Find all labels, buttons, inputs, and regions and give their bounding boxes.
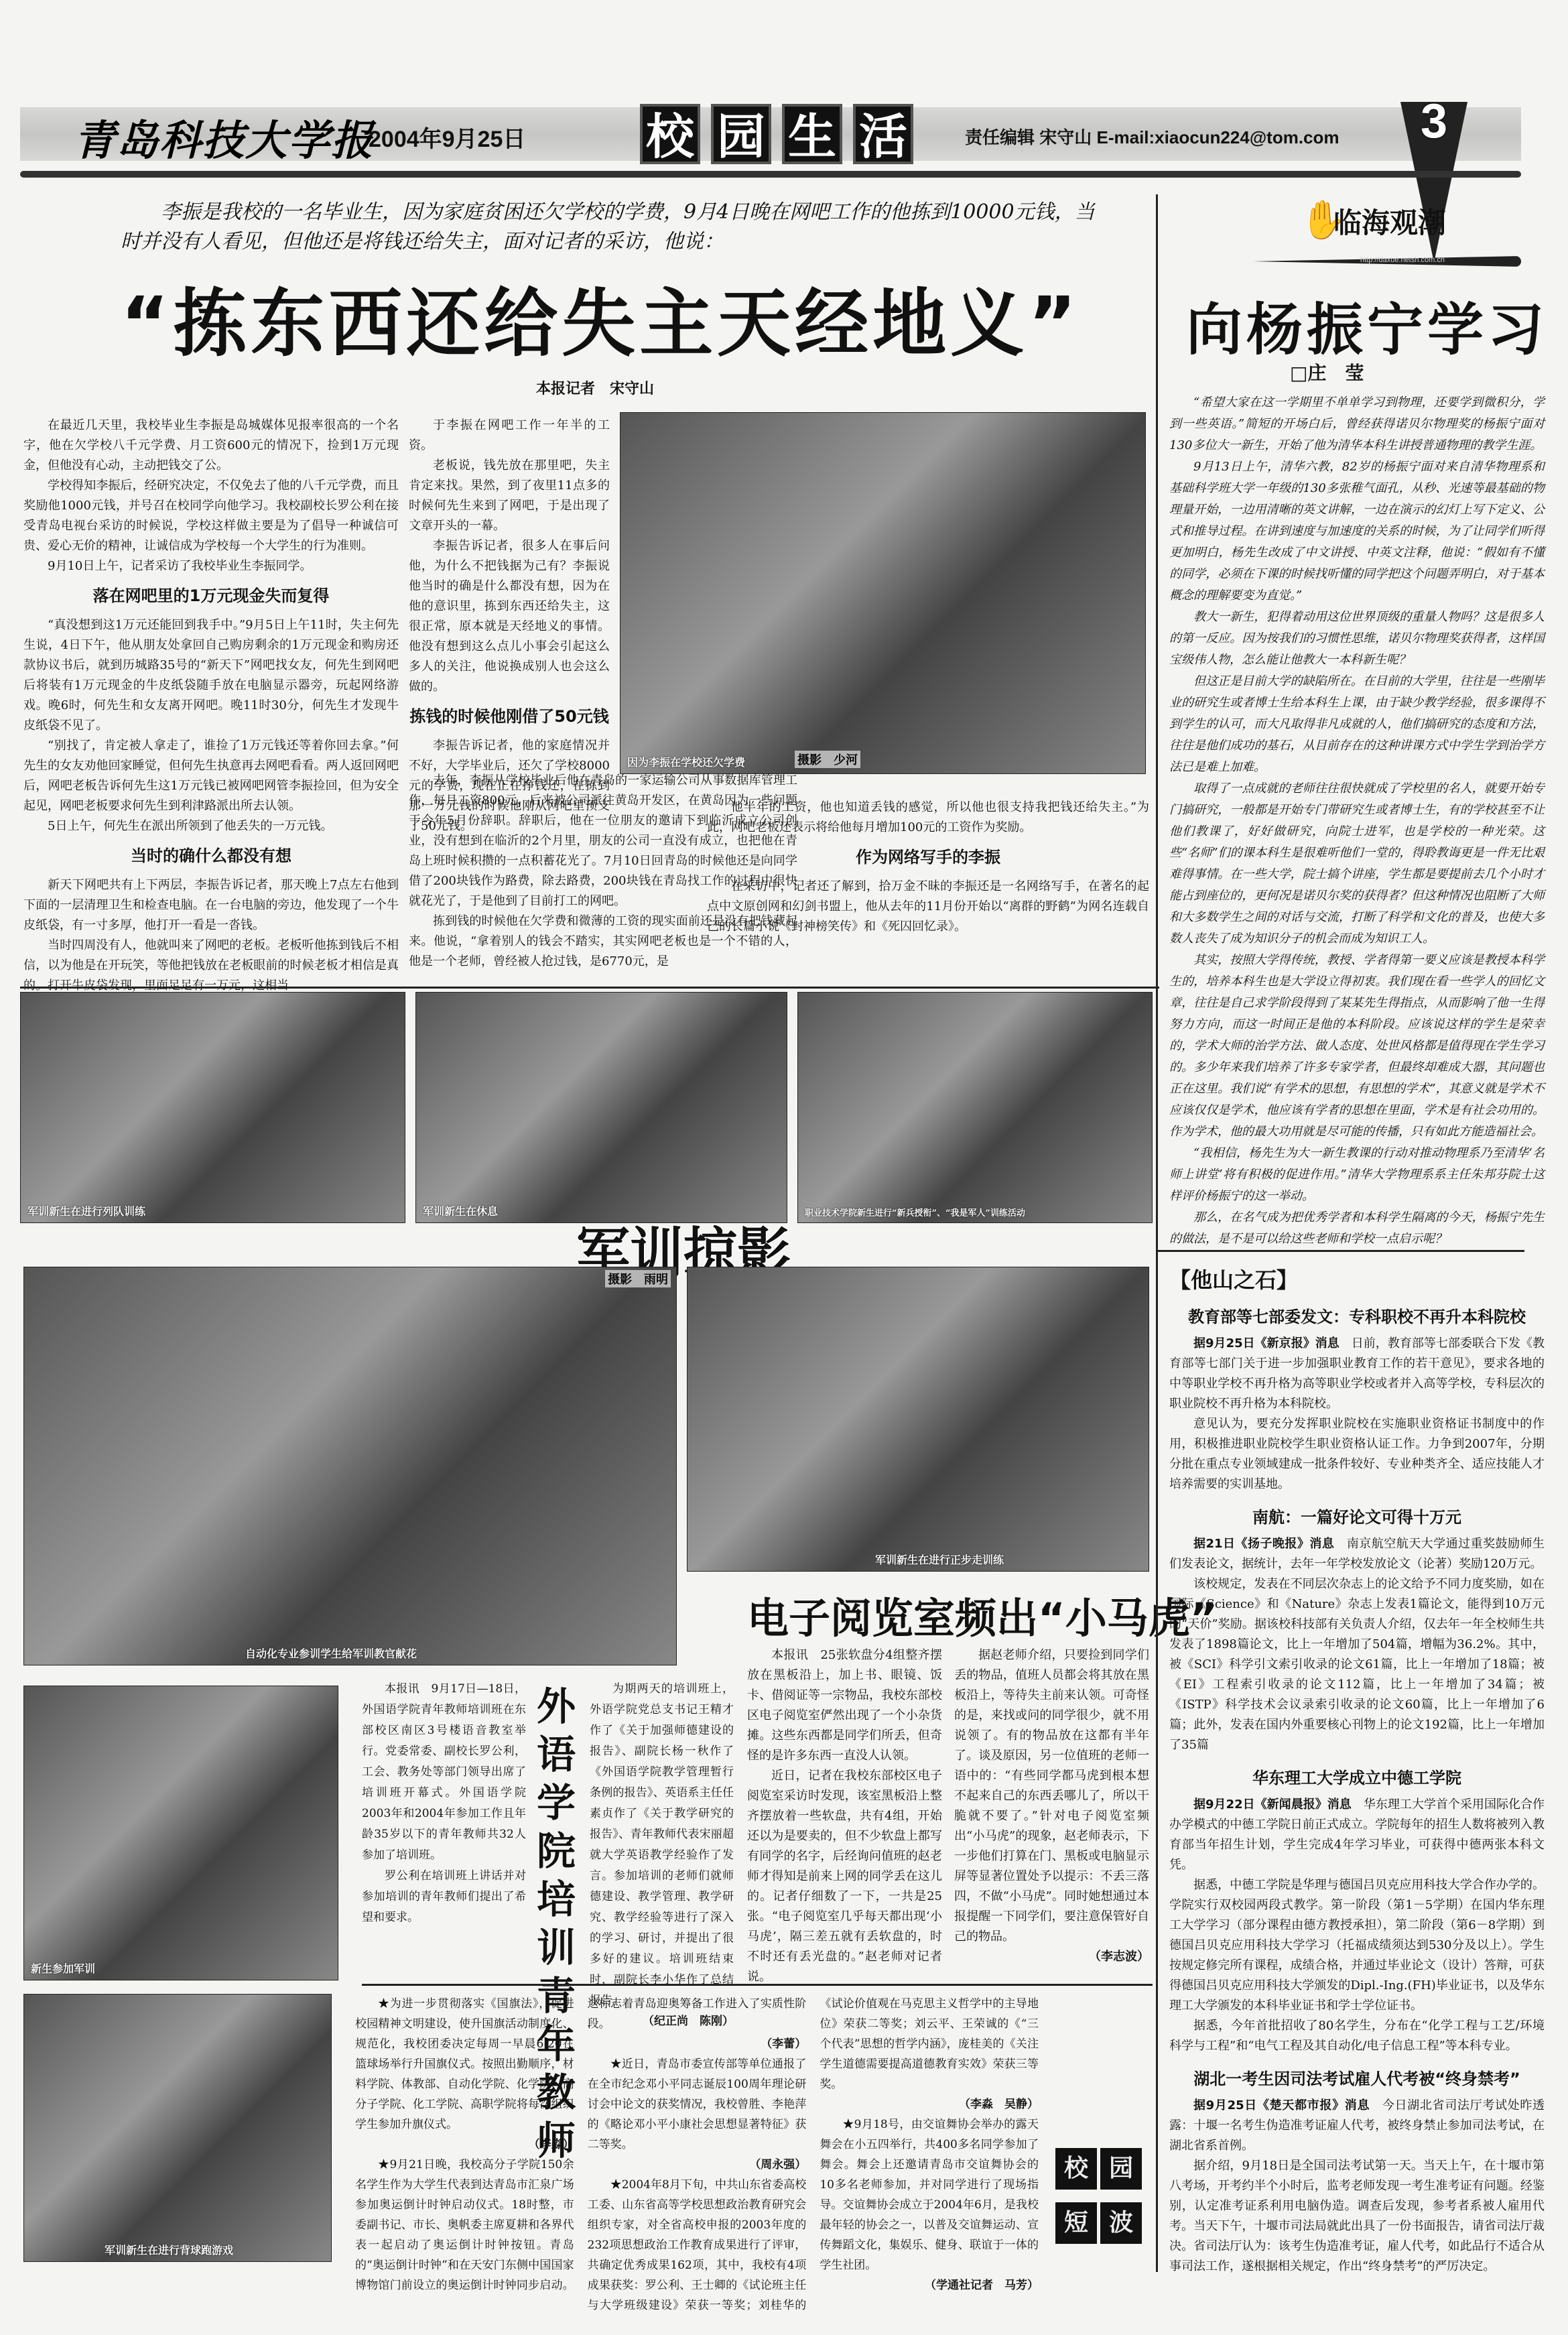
photo-caption: 军训新生在进行列队训练: [27, 1203, 145, 1218]
photo-credit: 摄影 雨明: [605, 1270, 671, 1287]
editor-info: 责任编辑 宋守山 E-mail:xiaocun224@tom.com: [965, 124, 1340, 149]
paragraph: 取得了一点成就的老师往往很快就成了学校里的名人，就要开始专门搞研究，一般都是开始…: [1169, 778, 1545, 950]
badge-char: 短: [1055, 2202, 1097, 2244]
paragraph: 在最近几天里，我校毕业生李振是岛城媒体见报率很高的一个名字，他在欠学校八千元学费…: [23, 416, 399, 476]
paragraph: 新天下网吧共有上下两层，李振告诉记者，那天晚上7点左右他到下面的一层清理卫生和检…: [23, 875, 399, 936]
paragraph: 于李振在网吧工作一年半的工资。: [409, 416, 610, 456]
column-divider: [1156, 194, 1158, 2272]
title-char: 语: [536, 1730, 576, 1779]
signature: （李蕾）: [588, 2034, 807, 2054]
editor-label: 责任编辑: [965, 127, 1035, 147]
paragraph: 在采访中，记者还了解到，拾万金不昧的李振还是一名网络写手，在著名的起点中文原创网…: [707, 877, 1149, 937]
gallery-photo: 军训新生在进行列队训练: [20, 992, 405, 1223]
paragraph: 但这正是目前大学的缺陷所在。在目前的大学里，往往是一些刚毕业的研究生或者博士生给…: [1169, 671, 1545, 778]
divider: [20, 987, 1159, 989]
paragraph: 据悉，中德工学院是华理与德国吕贝克应用科技大学合作办学的。学院实行双校园两段式教…: [1169, 1875, 1545, 2016]
news-source: 据9月25日《新京报》消息: [1193, 1336, 1340, 1350]
title-char: 培: [536, 1875, 576, 1923]
section-char: 活: [853, 104, 913, 164]
paragraph: 李振告诉记者，很多人在事后问他，为什么不把钱据为己有？李振说他当时的确是什么都没…: [409, 536, 610, 697]
news-source: 据9月22日《新闻晨报》消息: [1193, 1797, 1352, 1812]
brief-item: ★为进一步贯彻落实《国旗法》，促进校园精神文明建设，使升国旗活动制度化、规范化，…: [355, 1994, 574, 2135]
photo-caption: 因为李振在学校还欠学费: [627, 754, 745, 769]
title-char: 外: [536, 1682, 576, 1730]
photo-caption: 军训新生在进行正步走训练: [875, 1552, 1004, 1567]
gallery-photo: 军训新生在进行背球跑游戏: [23, 1994, 332, 2262]
lead-intro: 李振是我校的一名毕业生，因为家庭贫困还欠学校的学费，9月4日晚在网吧工作的他拣到…: [121, 198, 1112, 257]
news-headline: 华东理工大学成立中德工学院: [1169, 1765, 1545, 1788]
lead-headline: “拣东西还给失主天经地义”: [121, 265, 1126, 371]
column-url: http://daxue.netsh.com.cn: [1360, 256, 1445, 264]
other-news: 【他山之石】 教育部等七部委发文：专科职校不再升本科院校 据9月25日《新京报》…: [1169, 1263, 1545, 2277]
badge-char: 波: [1100, 2202, 1142, 2244]
photo-caption: 职业技术学院新生进行“新兵授衔”、“我是军人”训练活动: [805, 1206, 1025, 1218]
paragraph: 5日上午，何先生在派出所领到了他丢失的一万元钱。: [23, 816, 399, 836]
news-headline: 南航：一篇好论文可得十万元: [1169, 1504, 1545, 1527]
elib-headline: 电子阅览室频出“小马虎”: [747, 1585, 1218, 1645]
paragraph: 学校得知李振后，经研究决定，不仅免去了他的八千元学费，而且奖励他1000元钱，并…: [23, 476, 399, 556]
paragraph: 该校规定，发表在不同层次杂志上的论文给予不同力度奖励，如在国际《Science》…: [1169, 1574, 1545, 1755]
brief-item: ★9月18号，由交谊舞协会举办的露天舞会在小五四举行，共400多名同学参加了舞会…: [820, 2115, 1039, 2275]
signature: （李志波）: [954, 1947, 1149, 1967]
signature: （学通社记者 马芳）: [820, 2275, 1039, 2295]
subheading: 当时的确什么都没有想: [23, 846, 399, 866]
box-title: 【他山之石】: [1169, 1263, 1545, 1294]
paragraph: 老板说，钱先放在那里吧，失主肯定来找。果然，到了夜里11点多的时候何先生来到了网…: [409, 456, 610, 536]
paragraph: 他半年的工资，他也知道丢钱的感觉，所以他也很支持我把钱还给失主。”为此，网吧老板…: [707, 798, 1149, 838]
issue-date: 2004年9月25日: [369, 121, 525, 153]
badge-char: 校: [1055, 2148, 1097, 2190]
paragraph: 9月13日上午，清华六教，82岁的杨振宁面对来自清华物理系和基础科学班大学一年级…: [1169, 456, 1545, 607]
section-char: 校: [640, 104, 700, 164]
subheading: 拣钱的时候他刚借了50元钱: [409, 706, 610, 727]
gallery-photo-large: 自动化专业参训学生给军训教官献花 摄影 雨明: [23, 1267, 677, 1665]
signature: （李淼）: [355, 2135, 574, 2155]
section-char: 园: [711, 104, 771, 164]
paragraph: “别找了，肯定被人拿走了，谁捡了1万元钱还等着你回去拿。”何先生的女友劝他回家睡…: [23, 736, 399, 816]
paragraph: 本报讯 25张软盘分4组整齐摆放在黑板沿上，加上书、眼镜、饭卡、借阅证等一宗物品…: [747, 1645, 942, 1766]
title-char: 院: [536, 1827, 576, 1875]
news-source: 据9月25日《楚天都市报》消息: [1193, 2098, 1370, 2112]
gallery-photo: 职业技术学院新生进行“新兵授衔”、“我是军人”训练活动: [797, 992, 1153, 1223]
editor-email: E-mail:xiaocun224@tom.com: [1097, 127, 1340, 147]
lead-byline: 本报记者 宋守山: [536, 377, 654, 398]
editor-name: 宋守山: [1039, 127, 1092, 147]
news-headline: 湖北一考生因司法考试雇人代考被“终身禁考”: [1169, 2066, 1545, 2089]
title-char: 学: [536, 1779, 576, 1827]
photo-credit: 摄影 少河: [795, 751, 860, 768]
campus-briefs: ★为进一步贯彻落实《国旗法》，促进校园精神文明建设，使升国旗活动制度化、规范化，…: [355, 1994, 1039, 2316]
lead-photo: 因为李振在学校还欠学费 摄影 少河: [620, 412, 1146, 774]
masthead-rule: [20, 171, 1521, 178]
lead-column-1: 在最近几天里，我校毕业生李振是岛城媒体见报率很高的一个名字，他在欠学校八千元学费…: [23, 416, 399, 996]
paragraph: 那么，在名气成为把优秀学者和本科学生隔离的今天，杨振宁先生的做法，是不是可以给这…: [1169, 1207, 1545, 1250]
paragraph: 为期两天的培训班上，外语学院党总支书记王精才作了《关于加强师德建设的报告》、副院…: [590, 1679, 734, 2011]
opinion-author: □庄 莹: [1290, 359, 1364, 385]
paragraph: “真没想到这1万元还能回到我手中。”9月5日上午11时，失主何先生说，4日下午，…: [23, 615, 399, 736]
briefs-badge: 校 园 短 波: [1055, 2148, 1149, 2244]
paragraph: 意见认为，要充分发挥职业院校在实施职业资格证书制度中的作用，积极推进职业院校学生…: [1169, 1414, 1545, 1495]
news-headline: 教育部等七部委发文：专科职校不再升本科院校: [1169, 1304, 1545, 1327]
paragraph: 据介绍，9月18日是全国司法考试第一天。当天上午，在十堰市第八考场，开考约半个小…: [1169, 2156, 1545, 2277]
subheading: 落在网吧里的1万元现金失而复得: [23, 586, 399, 606]
photo-caption: 军训新生在休息: [423, 1203, 498, 1218]
signature: （周永强）: [588, 2155, 807, 2175]
opinion-body: “希望大家在这一学期里不单单学习到物理，还要学到微积分，学到一些英语。”简短的开…: [1169, 392, 1545, 1250]
opinion-title: 向杨振宁学习: [1186, 285, 1548, 366]
photo-caption: 新生参加军训: [31, 1960, 95, 1976]
paragraph: 其实，按照大学得传统，教授、学者得第一要义应该是教授本科学生的，培养本科生也是大…: [1169, 950, 1545, 1143]
page-number: 3: [1407, 94, 1461, 149]
subheading: 作为网络写手的李振: [707, 847, 1149, 867]
paragraph: 近日，记者在我校东部校区电子阅览室采访时发现，该室黑板沿上整齐摆放着一些软盘，共…: [747, 1766, 942, 1987]
paragraph: 罗公利在培训班上讲话并对参加培训的青年教师们提出了希望和要求。: [362, 1866, 526, 1928]
news-source: 据21日《扬子晚报》消息: [1193, 1537, 1334, 1551]
paragraph: “希望大家在这一学期里不单单学习到物理，还要学到微积分，学到一些英语。”简短的开…: [1169, 392, 1545, 456]
photo-caption: 军训新生在进行背球跑游戏: [105, 2242, 233, 2257]
column-name: 临海观潮: [1333, 201, 1446, 241]
lead-column-3: 他半年的工资，他也知道丢钱的感觉，所以他也很支持我把钱还给失主。”为此，网吧老板…: [707, 798, 1149, 937]
paragraph: 据悉，今年首批招收了80名学生，分布在“化学工程与工艺/环境科学与工程”和“电气…: [1169, 2016, 1545, 2056]
paragraph: 据赵老师介绍，只要捡到同学们丢的物品，值班人员都会将其放在黑板沿上，等待失主前来…: [954, 1645, 1149, 1947]
photo-caption: 自动化专业参训学生给军训教官献花: [245, 1645, 417, 1661]
signature: （李淼 吴静）: [820, 2094, 1039, 2115]
foreign-lang-col2: 为期两天的培训班上，外语学院党总支书记王精才作了《关于加强师德建设的报告》、副院…: [590, 1679, 734, 2032]
newspaper-name: 青岛科技大学报: [74, 107, 374, 167]
gallery-photo: 军训新生在休息: [415, 992, 787, 1223]
divider: [362, 1984, 1153, 1986]
elib-body: 本报讯 25张软盘分4组整齐摆放在黑板沿上，加上书、眼镜、饭卡、借阅证等一宗物品…: [747, 1645, 1149, 1987]
title-char: 训: [536, 1923, 576, 1972]
badge-char: 园: [1100, 2148, 1142, 2190]
paragraph: 9月10日上午，记者采访了我校毕业生李振同学。: [23, 556, 399, 576]
section-title: 校园生活: [640, 104, 924, 164]
paragraph: 教大一新生，犯得着动用这位世界顶级的重量人物吗？这是很多人的第一反应。因为按我们…: [1169, 607, 1545, 671]
gallery-photo: 新生参加军训: [23, 1686, 338, 1980]
divider: [1156, 1250, 1524, 1252]
paragraph: 本报讯 9月17日—18日，外国语学院青年教师培训班在东部校区南区3号楼语音教室…: [362, 1679, 526, 1866]
section-char: 生: [782, 104, 842, 164]
brief-item: ★近日，青岛市委宣传部等单位通报了在全市纪念邓小平同志诞辰100周年理论研讨会中…: [588, 2054, 807, 2155]
foreign-lang-col1: 本报讯 9月17日—18日，外国语学院青年教师培训班在东部校区南区3号楼语音教室…: [362, 1679, 526, 1928]
gallery-photo: 军训新生在进行正步走训练: [687, 1267, 1149, 1572]
paragraph: “我相信，杨先生为大一新生教课的行动对推动物理系乃至清华‘名师上讲堂’将有积极的…: [1169, 1143, 1545, 1207]
